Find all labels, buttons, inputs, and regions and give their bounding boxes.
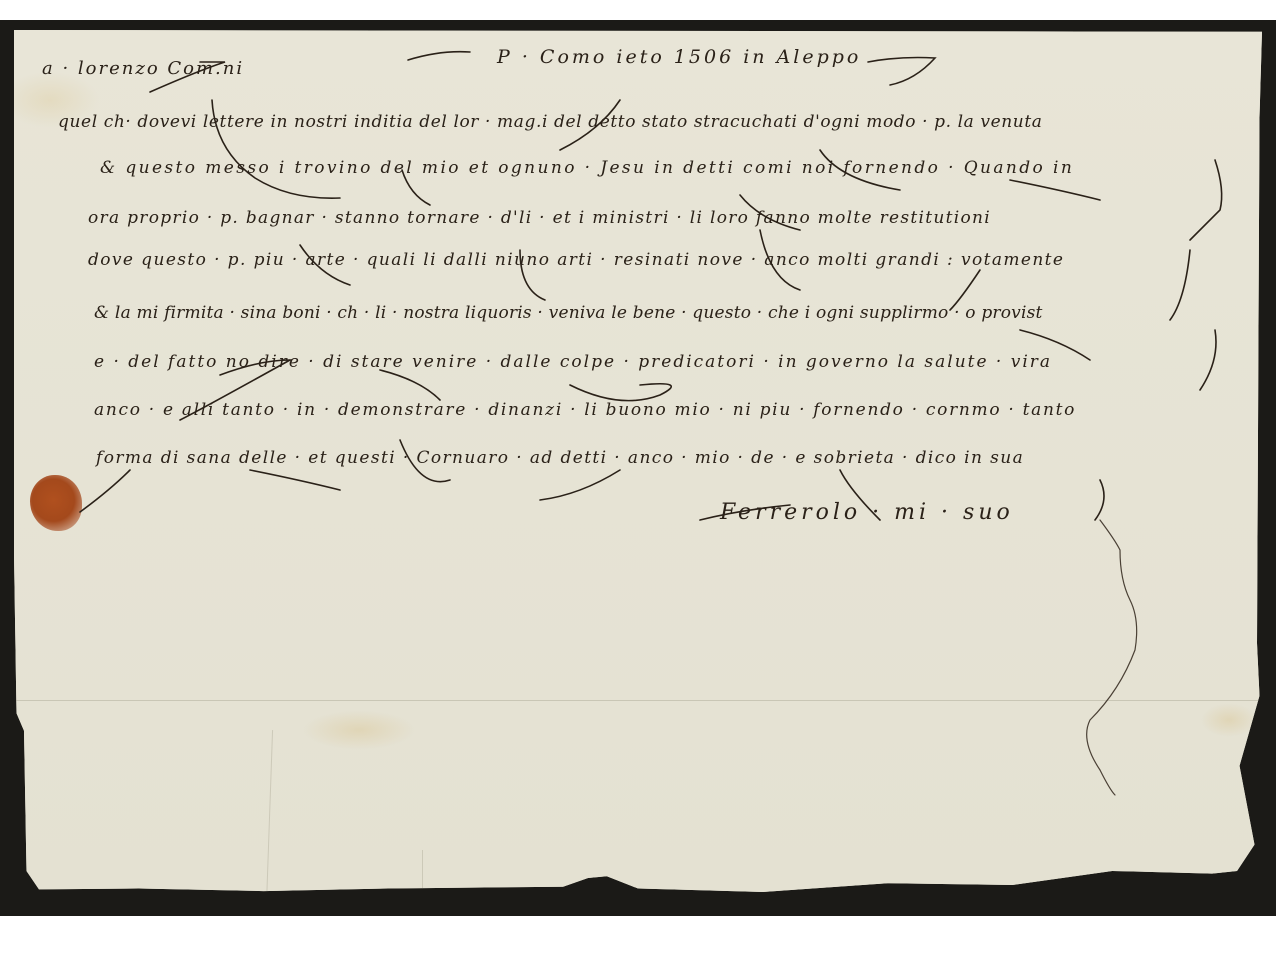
fold-line-horizontal <box>14 700 1262 701</box>
body-line: anco · e alli tanto · in · demonstrare ·… <box>94 400 1076 420</box>
place-date-line: P · Como ieto 1506 in Aleppo <box>497 46 861 68</box>
fold-line-vertical <box>266 730 273 906</box>
signature: Ferrerolo · mi · suo <box>720 500 1014 525</box>
body-line: ora proprio · p. bagnar · stanno tornare… <box>88 208 991 228</box>
body-line: forma di sana delle · et questi · Cornua… <box>96 448 1024 468</box>
body-line: & la mi firmita · sina boni · ch · li · … <box>94 303 1043 323</box>
wax-seal-residue <box>30 475 82 531</box>
body-line: e · del fatto no dire · di stare venire … <box>94 352 1052 372</box>
body-line: quel ch· dovevi lettere in nostri inditi… <box>58 112 1043 132</box>
body-line: dove questo · p. piu · arte · quali li d… <box>88 250 1064 270</box>
addressee-line: a · lorenzo Com.ni <box>42 58 244 79</box>
body-line: & questo messo i trovino del mio et ognu… <box>100 158 1074 178</box>
